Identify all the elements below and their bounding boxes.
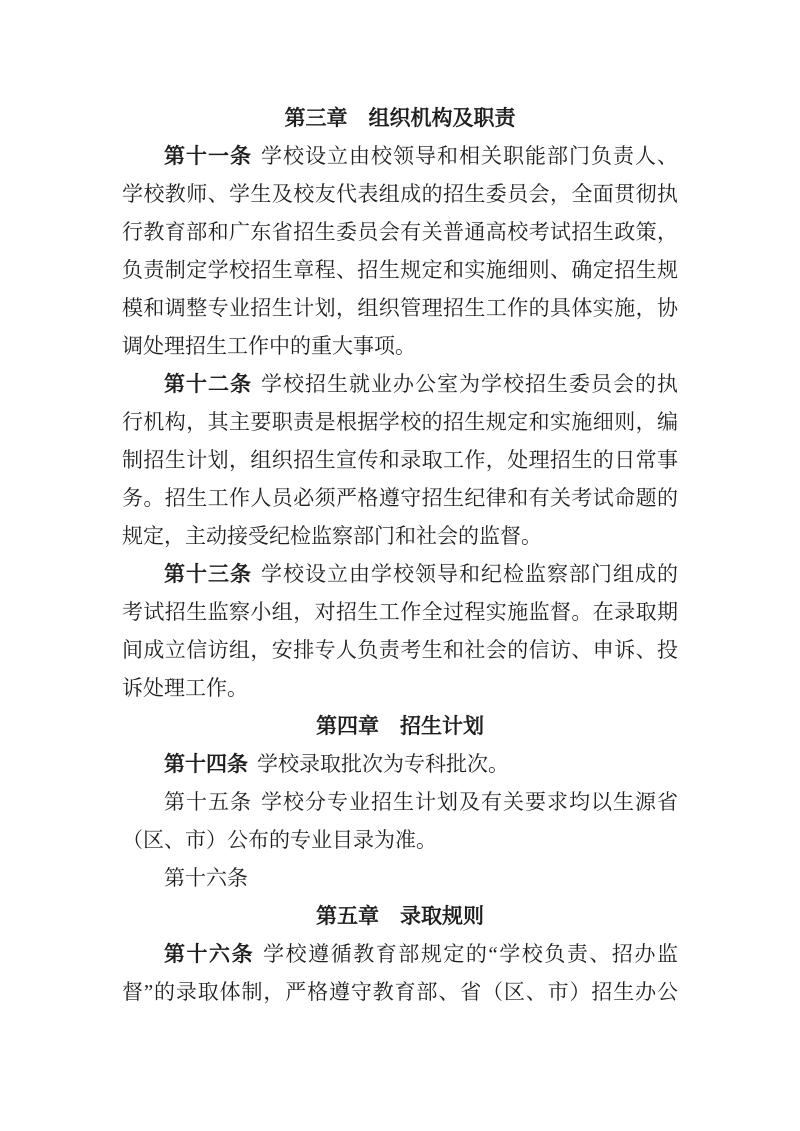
chapter-3-heading: 第三章 组织机构及职责 <box>122 99 678 137</box>
text-line: （区、市）公布的专业目录为准。 <box>122 821 678 859</box>
article-12-paragraph: 第十二条学校招生就业办公室为学校招生委员会的执 行机构，其主要职责是根据学校的招… <box>122 365 678 555</box>
text-line: 调处理招生工作中的重大事项。 <box>122 327 678 365</box>
text-line: 诉处理工作。 <box>122 669 678 707</box>
article-12-label: 第十二条 <box>164 372 252 396</box>
text-line: 模和调整专业招生计划，组织管理招生工作的具体实施，协 <box>122 289 678 327</box>
text-line: 学校教师、学生及校友代表组成的招生委员会，全面贯彻执 <box>122 175 678 213</box>
article-16-label: 第十六条 <box>164 942 254 966</box>
text-segment: 学校招生就业办公室为学校招生委员会的执 <box>261 372 678 396</box>
article-11-label: 第十一条 <box>164 144 252 168</box>
text-line: 行教育部和广东省招生委员会有关普通高校考试招生政策， <box>122 213 678 251</box>
text-line: 第十三条学校设立由学校领导和纪检监察部门组成的 <box>122 555 678 593</box>
text-line: 务。招生工作人员必须严格遵守招生纪律和有关考试命题的 <box>122 479 678 517</box>
text-line: 考试招生监察小组，对招生工作全过程实施监督。在录取期 <box>122 593 678 631</box>
text-line: 第十六条学校遵循教育部规定的“学校负责、招办监 <box>122 935 678 973</box>
chapter-4-heading: 第四章 招生计划 <box>122 707 678 745</box>
text-line: 行机构，其主要职责是根据学校的招生规定和实施细则，编 <box>122 403 678 441</box>
article-15-label: 第十五条 <box>164 790 252 814</box>
text-line: 第十四条学校录取批次为专科批次。 <box>122 745 678 783</box>
article-15-paragraph: 第十五条学校分专业招生计划及有关要求均以生源省 （区、市）公布的专业目录为准。 <box>122 783 678 859</box>
chapter-5-heading: 第五章 录取规则 <box>122 897 678 935</box>
text-line: 负责制定学校招生章程、招生规定和实施细则、确定招生规 <box>122 251 678 289</box>
text-line: 规定，主动接受纪检监察部门和社会的监督。 <box>122 517 678 555</box>
text-segment: 学校遵循教育部规定的“学校负责、招办监 <box>263 942 678 966</box>
text-line: 间成立信访组，安排专人负责考生和社会的信访、申诉、投 <box>122 631 678 669</box>
text-line: 第十一条学校设立由校领导和相关职能部门负责人、 <box>122 137 678 175</box>
text-line: 第十六条 <box>122 859 678 897</box>
article-14-label: 第十四条 <box>164 752 248 776</box>
text-segment: 学校录取批次为专科批次。 <box>257 752 509 776</box>
article-13-label: 第十三条 <box>164 562 252 586</box>
text-segment: 学校设立由校领导和相关职能部门负责人、 <box>261 144 678 168</box>
document-page: 第三章 组织机构及职责 第十一条学校设立由校领导和相关职能部门负责人、 学校教师… <box>0 0 800 1131</box>
text-line: 制招生计划，组织招生宣传和录取工作，处理招生的日常事 <box>122 441 678 479</box>
article-16-paragraph: 第十六条学校遵循教育部规定的“学校负责、招办监 督”的录取体制，严格遵守教育部、… <box>122 935 678 1011</box>
text-line: 第十五条学校分专业招生计划及有关要求均以生源省 <box>122 783 678 821</box>
text-segment: 学校分专业招生计划及有关要求均以生源省 <box>261 790 678 814</box>
text-segment: 学校设立由学校领导和纪检监察部门组成的 <box>261 562 678 586</box>
text-line: 第十二条学校招生就业办公室为学校招生委员会的执 <box>122 365 678 403</box>
article-14-paragraph: 第十四条学校录取批次为专科批次。 <box>122 745 678 783</box>
article-11-paragraph: 第十一条学校设立由校领导和相关职能部门负责人、 学校教师、学生及校友代表组成的招… <box>122 137 678 365</box>
article-16-stub-paragraph: 第十六条 <box>122 859 678 897</box>
article-13-paragraph: 第十三条学校设立由学校领导和纪检监察部门组成的 考试招生监察小组，对招生工作全过… <box>122 555 678 707</box>
text-line: 督”的录取体制，严格遵守教育部、省（区、市）招生办公 <box>122 973 678 1011</box>
article-16-stub-label: 第十六条 <box>164 866 248 890</box>
